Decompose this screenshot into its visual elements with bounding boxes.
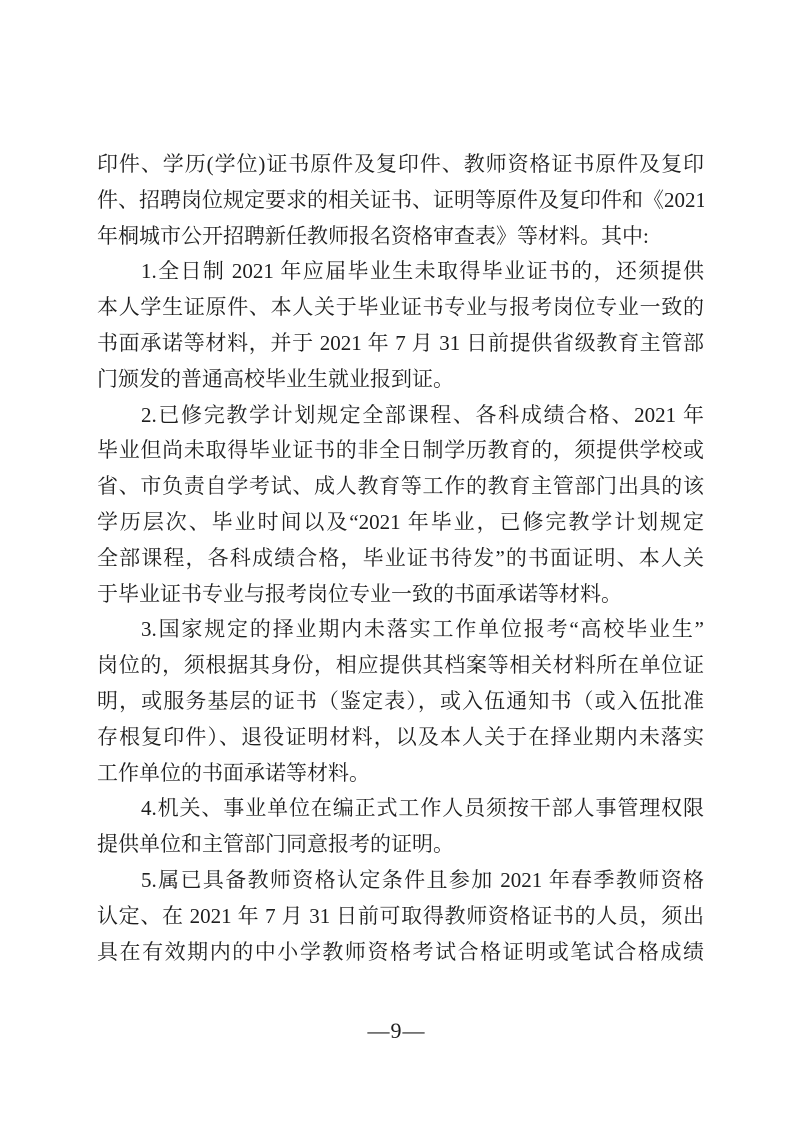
paragraph: 1.全日制 2021 年应届毕业生未取得毕业证书的，还须提供本人学生证原件、本人… <box>97 254 704 397</box>
text-line: 岗位的，须根据其身份，相应提供其档案等相关材料所在单位证 <box>97 648 704 684</box>
paragraph: 2.已修完教学计划规定全部课程、各科成绩合格、2021 年毕业但尚未取得毕业证书… <box>97 398 704 613</box>
text-line: 存根复印件）、退役证明材料，以及本人关于在择业期内未落实 <box>97 720 704 756</box>
text-line: 具在有效期内的中小学教师资格考试合格证明或笔试合格成绩 <box>97 935 704 971</box>
paragraph: 印件、学历(学位)证书原件及复印件、教师资格证书原件及复印件、招聘岗位规定要求的… <box>97 147 704 254</box>
text-line: 1.全日制 2021 年应届毕业生未取得毕业证书的，还须提供 <box>97 254 704 290</box>
text-line: 印件、学历(学位)证书原件及复印件、教师资格证书原件及复印 <box>97 147 704 183</box>
text-line: 件、招聘岗位规定要求的相关证书、证明等原件及复印件和《2021 <box>97 183 704 219</box>
document-content: 印件、学历(学位)证书原件及复印件、教师资格证书原件及复印件、招聘岗位规定要求的… <box>97 147 704 970</box>
text-line: 提供单位和主管部门同意报考的证明。 <box>97 827 704 863</box>
text-line: 省、市负责自学考试、成人教育等工作的教育主管部门出具的该 <box>97 469 704 505</box>
paragraph: 3.国家规定的择业期内未落实工作单位报考“高校毕业生”岗位的，须根据其身份，相应… <box>97 612 704 791</box>
text-line: 3.国家规定的择业期内未落实工作单位报考“高校毕业生” <box>97 612 704 648</box>
text-line: 门颁发的普通高校毕业生就业报到证。 <box>97 362 704 398</box>
paragraph: 5.属已具备教师资格认定条件且参加 2021 年春季教师资格认定、在 2021 … <box>97 863 704 970</box>
text-line: 明，或服务基层的证书（鉴定表），或入伍通知书（或入伍批准 <box>97 684 704 720</box>
text-line: 工作单位的书面承诺等材料。 <box>97 756 704 792</box>
page-number: —9— <box>0 1016 793 1046</box>
document-page: 印件、学历(学位)证书原件及复印件、教师资格证书原件及复印件、招聘岗位规定要求的… <box>0 0 793 1122</box>
text-line: 年桐城市公开招聘新任教师报名资格审查表》等材料。其中: <box>97 219 704 255</box>
text-line: 2.已修完教学计划规定全部课程、各科成绩合格、2021 年 <box>97 398 704 434</box>
text-line: 毕业但尚未取得毕业证书的非全日制学历教育的，须提供学校或 <box>97 433 704 469</box>
text-line: 4.机关、事业单位在编正式工作人员须按干部人事管理权限 <box>97 791 704 827</box>
text-line: 全部课程，各科成绩合格，毕业证书待发”的书面证明、本人关 <box>97 541 704 577</box>
text-line: 书面承诺等材料，并于 2021 年 7 月 31 日前提供省级教育主管部 <box>97 326 704 362</box>
text-line: 于毕业证书专业与报考岗位专业一致的书面承诺等材料。 <box>97 577 704 613</box>
paragraph: 4.机关、事业单位在编正式工作人员须按干部人事管理权限提供单位和主管部门同意报考… <box>97 791 704 863</box>
text-line: 认定、在 2021 年 7 月 31 日前可取得教师资格证书的人员，须出 <box>97 899 704 935</box>
text-line: 学历层次、毕业时间以及“2021 年毕业，已修完教学计划规定 <box>97 505 704 541</box>
text-line: 5.属已具备教师资格认定条件且参加 2021 年春季教师资格 <box>97 863 704 899</box>
text-line: 本人学生证原件、本人关于毕业证书专业与报考岗位专业一致的 <box>97 290 704 326</box>
